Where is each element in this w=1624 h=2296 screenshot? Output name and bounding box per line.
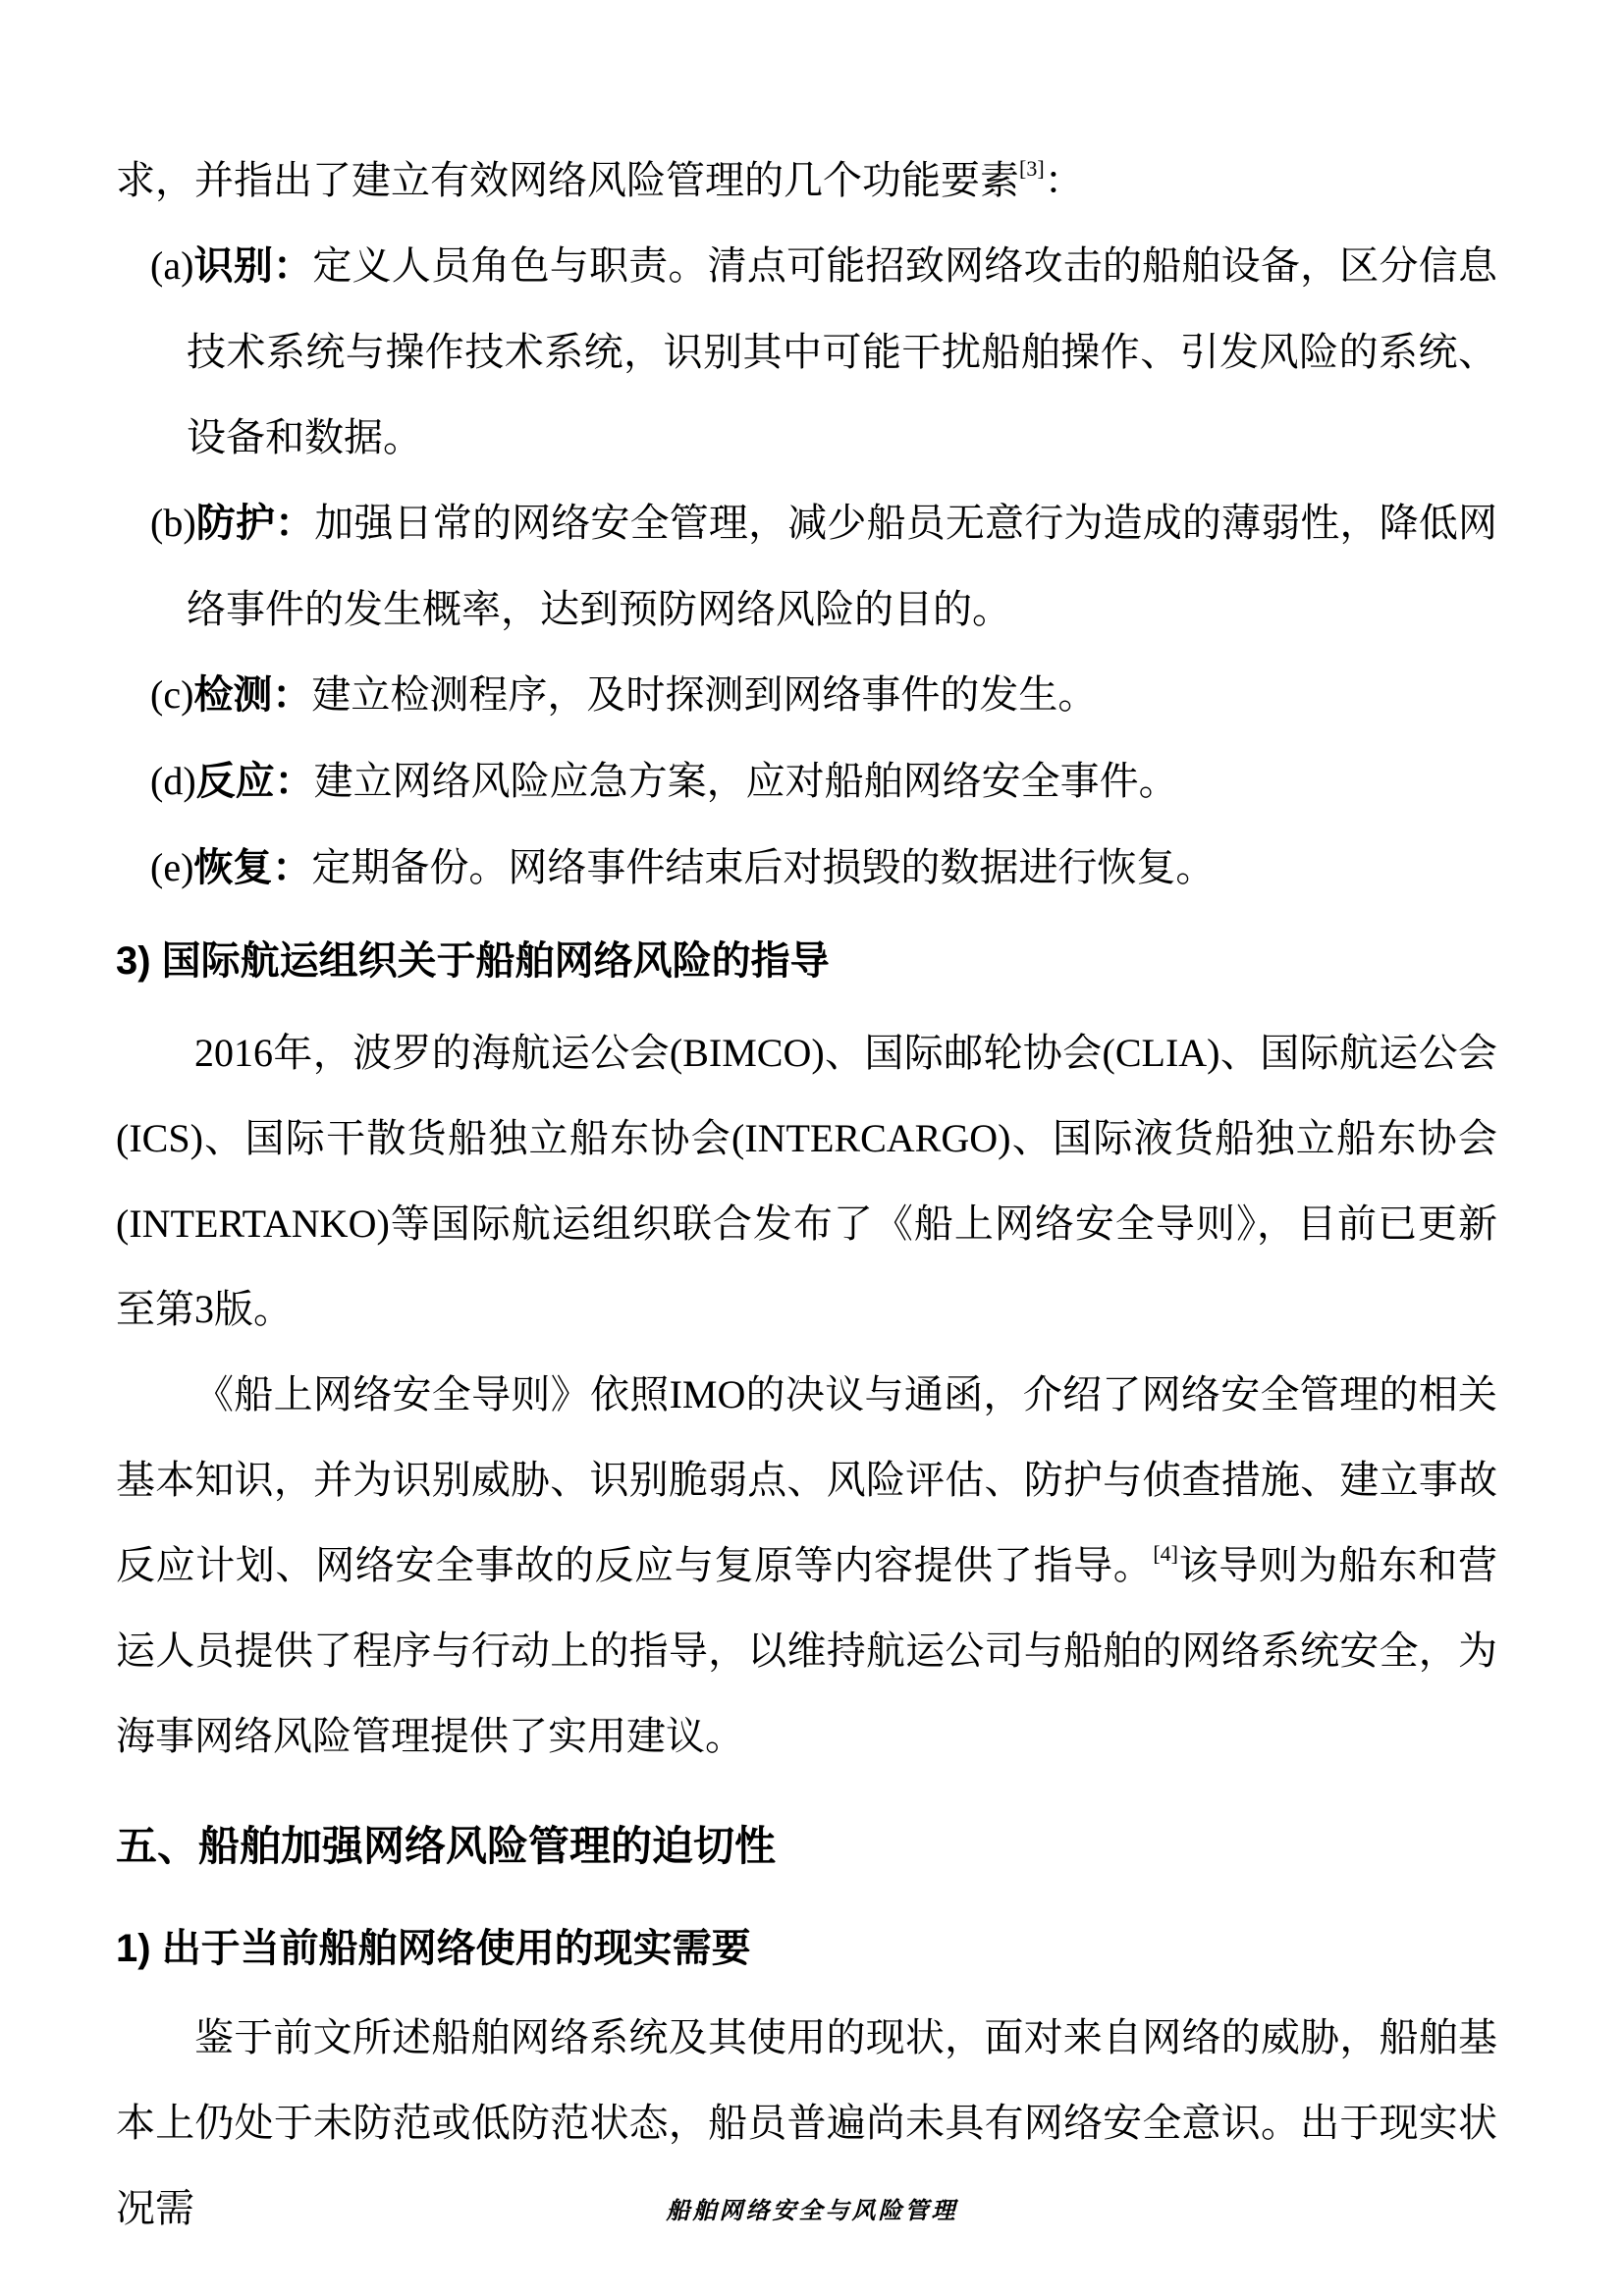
item-marker: (d)	[150, 759, 196, 803]
item-label: 识别：	[193, 244, 312, 288]
document-content: 求，并指出了建立有效网络风险管理的几个功能要素[3]： (a)识别：定义人员角色…	[116, 0, 1497, 2251]
function-item-a: (a)识别：定义人员角色与职责。清点可能招致网络攻击的船舶设备，区分信息技术系统…	[116, 223, 1497, 480]
page-footer-title: 船舶网络安全与风险管理	[0, 2191, 1624, 2225]
item-text: 建立检测程序，及时探测到网络事件的发生。	[311, 672, 1097, 717]
function-item-e: (e)恢复：定期备份。网络事件结束后对损毁的数据进行恢复。	[116, 825, 1497, 911]
item-label: 反应：	[196, 760, 314, 803]
item-text: 定期备份。网络事件结束后对损毁的数据进行恢复。	[311, 845, 1215, 889]
item-marker: (b)	[150, 501, 196, 545]
document-page: 求，并指出了建立有效网络风险管理的几个功能要素[3]： (a)识别：定义人员角色…	[0, 0, 1624, 2296]
item-marker: (c)	[150, 672, 193, 717]
item-label: 恢复：	[193, 846, 311, 889]
footnote-ref-4: [4]	[1153, 1541, 1178, 1566]
function-item-c: (c)检测：建立检测程序，及时探测到网络事件的发生。	[116, 652, 1497, 738]
intro-tail: ：	[1045, 158, 1084, 202]
item-label: 防护：	[196, 502, 315, 545]
item-marker: (a)	[150, 243, 193, 288]
intro-paragraph: 求，并指出了建立有效网络风险管理的几个功能要素[3]：	[116, 137, 1497, 223]
function-item-d: (d)反应：建立网络风险应急方案，应对船舶网络安全事件。	[116, 738, 1497, 825]
item-text: 加强日常的网络安全管理，减少船员无意行为造成的薄弱性，降低网络事件的发生概率，达…	[187, 501, 1497, 631]
paragraph-shipping-organizations: 2016年，波罗的海航运公会(BIMCO)、国际邮轮协会(CLIA)、国际航运公…	[116, 1010, 1497, 1352]
item-text: 建立网络风险应急方案，应对船舶网络安全事件。	[314, 759, 1178, 803]
item-marker: (e)	[150, 845, 193, 889]
section-5-1-heading: 1) 出于当前船舶网络使用的现实需要	[116, 1906, 1497, 1992]
footnote-ref-3: [3]	[1019, 156, 1045, 181]
section-5-heading: 五、船舶加强网络风险管理的迫切性	[116, 1803, 1497, 1889]
item-text: 定义人员角色与职责。清点可能招致网络攻击的船舶设备，区分信息技术系统与操作技术系…	[187, 243, 1497, 459]
paragraph-guideline: 《船上网络安全导则》依照IMO的决议与通函，介绍了网络安全管理的相关基本知识，并…	[116, 1352, 1497, 1779]
intro-text: 求，并指出了建立有效网络风险管理的几个功能要素	[116, 158, 1019, 202]
function-item-b: (b)防护：加强日常的网络安全管理，减少船员无意行为造成的薄弱性，降低网络事件的…	[116, 480, 1497, 652]
item-label: 检测：	[193, 673, 311, 717]
section-3-heading: 3) 国际航运组织关于船舶网络风险的指导	[116, 919, 1497, 1004]
